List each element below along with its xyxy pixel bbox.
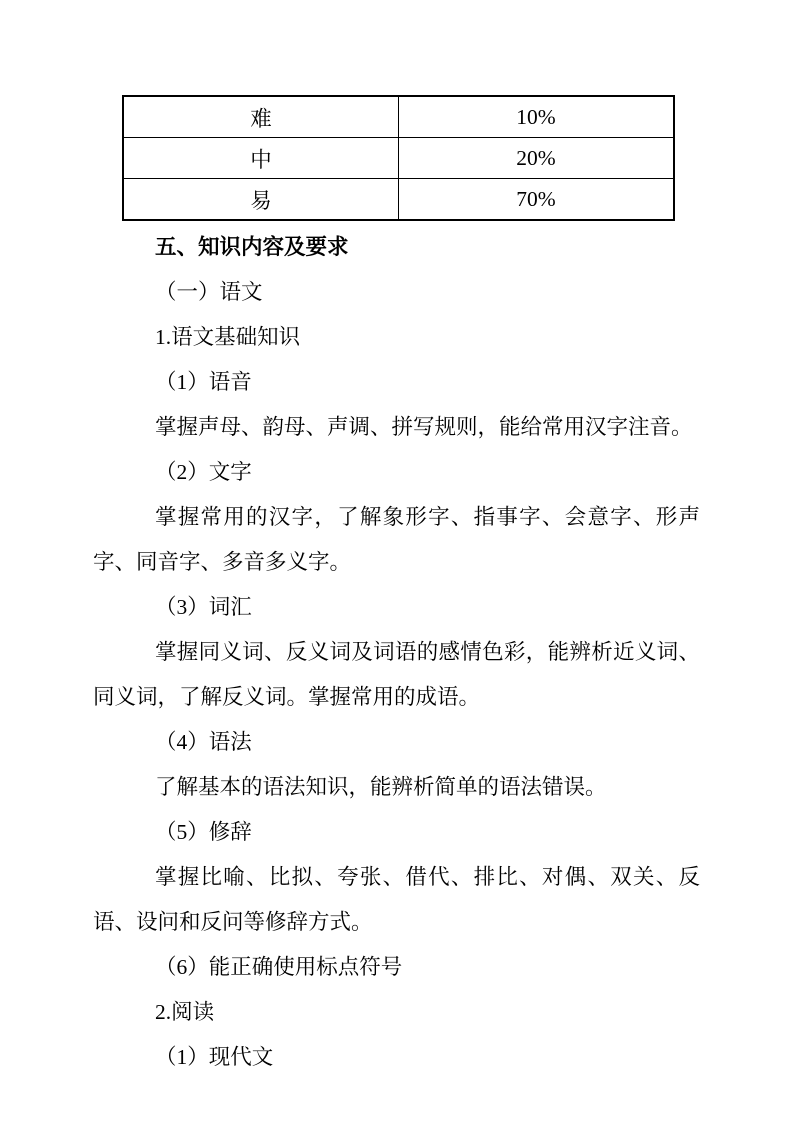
paragraph: 掌握比喻、比拟、夸张、借代、排比、对偶、双关、反语、设问和反问等修辞方式。 [93, 855, 700, 945]
paragraph: （3）词汇 [93, 585, 700, 630]
paragraph: （6）能正确使用标点符号 [93, 945, 700, 990]
text-line: 1.语文基础知识 [93, 315, 700, 360]
section-heading: 五、知识内容及要求 [93, 225, 700, 270]
difficulty-level-cell: 难 [123, 96, 399, 138]
text-line: 掌握常用的汉字，了解象形字、指事字、会意字、形声 [93, 495, 700, 540]
difficulty-level-cell: 中 [123, 138, 399, 179]
difficulty-row: 中20% [123, 138, 674, 179]
paragraph: 2.阅读 [93, 990, 700, 1035]
paragraph: 了解基本的语法知识，能辨析简单的语法错误。 [93, 765, 700, 810]
text-line: 2.阅读 [93, 990, 700, 1035]
text-line: 语、设问和反问等修辞方式。 [93, 900, 700, 945]
difficulty-percent-cell: 70% [399, 179, 675, 221]
text-line: （一）语文 [93, 270, 700, 315]
paragraph: （1）现代文 [93, 1035, 700, 1080]
text-line: 字、同音字、多音多义字。 [93, 540, 700, 585]
text-line: （5）修辞 [93, 810, 700, 855]
difficulty-percent-cell: 20% [399, 138, 675, 179]
paragraph: 1.语文基础知识 [93, 315, 700, 360]
paragraph: （一）语文 [93, 270, 700, 315]
text-line: 掌握声母、韵母、声调、拼写规则，能给常用汉字注音。 [93, 405, 700, 450]
paragraph: 掌握同义词、反义词及词语的感情色彩，能辨析近义词、同义词，了解反义词。掌握常用的… [93, 630, 700, 720]
text-line: （3）词汇 [93, 585, 700, 630]
text-line: 五、知识内容及要求 [93, 225, 700, 270]
text-line: （1）现代文 [93, 1035, 700, 1080]
paragraph: （5）修辞 [93, 810, 700, 855]
paragraph: （4）语法 [93, 720, 700, 765]
document-content: 五、知识内容及要求（一）语文1.语文基础知识（1）语音掌握声母、韵母、声调、拼写… [93, 225, 700, 1080]
paragraph: 掌握声母、韵母、声调、拼写规则，能给常用汉字注音。 [93, 405, 700, 450]
difficulty-percent-cell: 10% [399, 96, 675, 138]
paragraph: 掌握常用的汉字，了解象形字、指事字、会意字、形声字、同音字、多音多义字。 [93, 495, 700, 585]
text-line: 了解基本的语法知识，能辨析简单的语法错误。 [93, 765, 700, 810]
difficulty-table: 难10%中20%易70% [122, 95, 675, 221]
difficulty-table-body: 难10%中20%易70% [123, 96, 674, 220]
difficulty-row: 易70% [123, 179, 674, 221]
text-line: （4）语法 [93, 720, 700, 765]
text-line: 掌握比喻、比拟、夸张、借代、排比、对偶、双关、反 [93, 855, 700, 900]
difficulty-level-cell: 易 [123, 179, 399, 221]
paragraph: （2）文字 [93, 450, 700, 495]
text-line: 掌握同义词、反义词及词语的感情色彩，能辨析近义词、 [93, 630, 700, 675]
text-line: （6）能正确使用标点符号 [93, 945, 700, 990]
document-page: 难10%中20%易70% 五、知识内容及要求（一）语文1.语文基础知识（1）语音… [0, 0, 793, 1122]
text-line: （1）语音 [93, 360, 700, 405]
text-line: （2）文字 [93, 450, 700, 495]
text-line: 同义词，了解反义词。掌握常用的成语。 [93, 675, 700, 720]
paragraph: （1）语音 [93, 360, 700, 405]
difficulty-row: 难10% [123, 96, 674, 138]
